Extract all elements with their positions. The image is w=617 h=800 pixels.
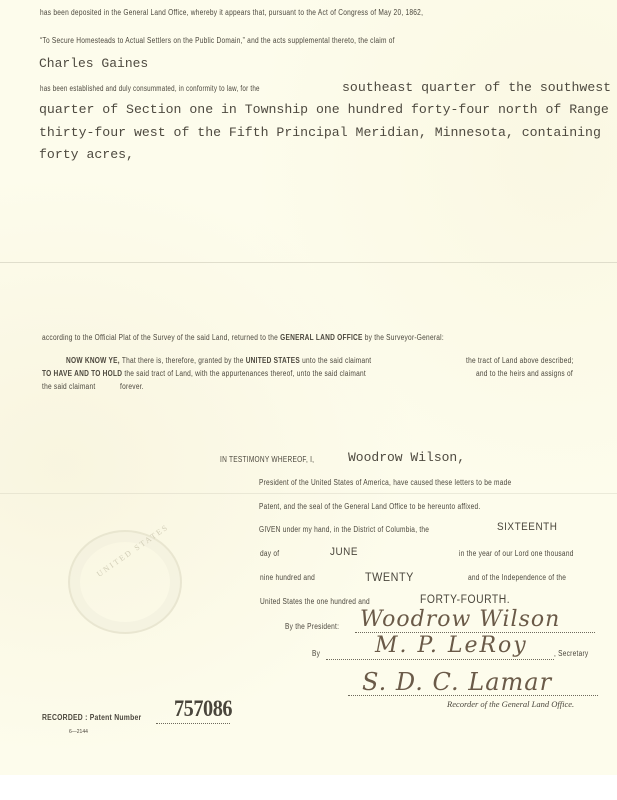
secretary-signature-line [326, 659, 554, 660]
land-patent-document: has been deposited in the General Land O… [0, 0, 617, 775]
embossed-seal-icon: UNITED STATES [68, 530, 182, 634]
united-states-text: United States the one hundred and [260, 597, 370, 606]
by-label: By [312, 649, 320, 658]
month-value: JUNE [330, 546, 358, 558]
grant-line-3: the said claimant [42, 382, 95, 391]
president-signature: Woodrow Wilson [360, 607, 560, 632]
claimant-name: Charles Gaines [39, 56, 148, 71]
recorder-label: Recorder of the General Land Office. [447, 699, 574, 709]
nine-hundred-label: nine hundred and [260, 573, 315, 582]
to-have-and-to-hold: TO HAVE AND TO HOLD [42, 369, 122, 378]
grant-line-1: NOW KNOW YE, That there is, therefore, g… [66, 356, 371, 365]
land-description-line-4: forty acres, [39, 147, 134, 162]
by-the-president-label: By the President: [285, 622, 339, 631]
land-description-line-3: thirty-four west of the Fifth Principal … [39, 125, 601, 140]
plat-prefix: according to the Official Plat of the Su… [42, 333, 278, 342]
grant-line-3-right: forever. [120, 382, 144, 391]
now-know-ye: NOW KNOW YE, [66, 356, 120, 365]
secretary-label: , Secretary [554, 649, 588, 658]
independence-value: FORTY-FOURTH. [420, 594, 510, 606]
consummation-text: has been established and duly consummate… [40, 84, 260, 93]
plat-general-land-office: GENERAL LAND OFFICE [280, 333, 363, 342]
fold-line [0, 262, 617, 263]
year-text: in the year of our Lord one thousand [459, 549, 574, 558]
testimony-line-1: President of the United States of Americ… [259, 478, 511, 487]
united-states-bold: UNITED STATES [246, 356, 300, 365]
secretary-signature: M. P. LeRoy [375, 633, 528, 658]
given-text: GIVEN under my hand, in the District of … [259, 525, 429, 534]
patent-number-line [156, 723, 230, 724]
fold-line [0, 493, 617, 494]
land-description-line-1: southeast quarter of the southwest [342, 80, 611, 95]
day-value: SIXTEENTH [497, 521, 557, 533]
grant-line-2-right: and to the heirs and assigns of [476, 369, 573, 378]
day-of-label: day of [260, 549, 279, 558]
land-description-line-2: quarter of Section one in Township one h… [39, 102, 609, 117]
preamble-line-2: “To Secure Homesteads to Actual Settlers… [40, 36, 395, 45]
preamble-line-1: has been deposited in the General Land O… [40, 8, 423, 17]
seal-text: UNITED STATES [95, 522, 170, 578]
grant-text: That there is, therefore, granted by the [122, 356, 244, 365]
independence-text: and of the Independence of the [468, 573, 566, 582]
president-name-typed: Woodrow Wilson, [348, 450, 465, 465]
testimony-label: IN TESTIMONY WHEREOF, I, [220, 455, 314, 464]
habendum-text: the said tract of Land, with the appurte… [124, 369, 366, 378]
official-plat-text: according to the Official Plat of the Su… [42, 333, 444, 342]
testimony-line-2: Patent, and the seal of the General Land… [259, 502, 480, 511]
year-value: TWENTY [365, 570, 414, 584]
grant-claimant: unto the said claimant [302, 356, 371, 365]
plat-suffix: by the Surveyor-General: [365, 333, 444, 342]
recorder-signature: S. D. C. Lamar [362, 668, 552, 696]
grant-line-1-right: the tract of Land above described; [466, 356, 574, 365]
grant-line-2: TO HAVE AND TO HOLD the said tract of La… [42, 369, 366, 378]
form-code: 6—2144 [69, 729, 88, 735]
recorded-label: RECORDED : Patent Number [42, 713, 141, 722]
patent-number: 757086 [174, 696, 232, 722]
